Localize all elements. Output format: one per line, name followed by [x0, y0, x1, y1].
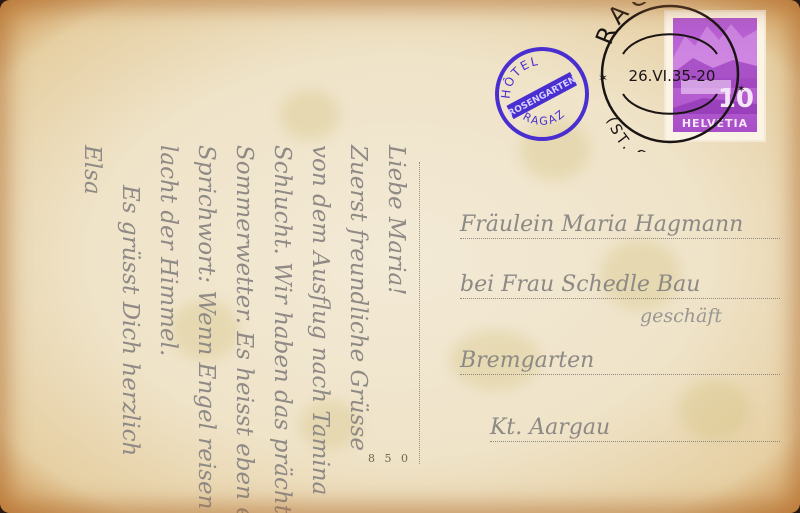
postmark-canton: (ST. GALL.): [603, 114, 699, 152]
message-line: Sommerwetter. Es heisst eben ein: [225, 145, 263, 485]
handwritten-message: Liebe Maria! Zuerst freundliche Grüsse v…: [20, 15, 415, 485]
address-line-4: Kt. Aargau: [460, 415, 780, 442]
star-icon: ✶: [598, 71, 608, 85]
svg-text:(ST. GALL.): (ST. GALL.): [603, 114, 699, 152]
message-line: Schlucht. Wir haben das prächtigste: [263, 145, 301, 485]
address-line-3: Bremgarten: [460, 348, 780, 375]
postcard-back: Liebe Maria! Zuerst freundliche Grüsse v…: [0, 0, 800, 513]
postmark-date: 26.VI.35-20: [629, 67, 716, 85]
address-line-1: Fräulein Maria Hagmann: [460, 212, 780, 239]
signature: Elsa: [73, 145, 111, 485]
address-line-2: bei Frau Schedle Bau: [460, 272, 780, 299]
message-line: von dem Ausflug nach Tamina: [301, 145, 339, 485]
message-line: Sprichwort: Wenn Engel reisen: [187, 145, 225, 485]
message-line: Liebe Maria!: [377, 145, 415, 485]
message-line: lacht der Himmel.: [149, 145, 187, 485]
address-line-2-continuation: geschäft: [640, 305, 722, 327]
postmark: RAGAZ (ST. GALL.) 26.VI.35-20 ✶ ✶: [575, 2, 775, 152]
star-icon: ✶: [737, 84, 745, 95]
message-line: Zuerst freundliche Grüsse: [339, 145, 377, 485]
divider-line: [419, 162, 420, 464]
print-number: 8 5 0: [368, 452, 411, 465]
message-line: Es grüsst Dich herzlich: [111, 145, 149, 485]
